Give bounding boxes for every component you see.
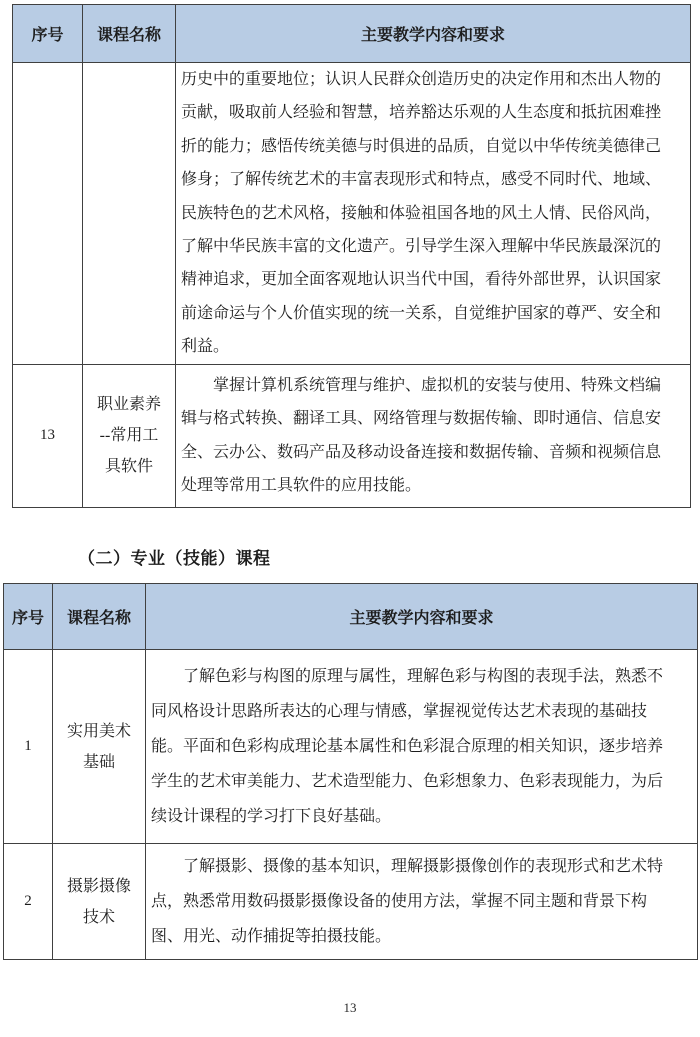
course-name-cell: 实用美术 基础: [53, 650, 146, 844]
row-no-cell: [13, 63, 83, 365]
table2-header-no: 序号: [4, 584, 53, 650]
course-name-cell: 职业素养 --常用工 具软件: [83, 364, 176, 507]
course-content-cell: 历史中的重要地位；认识人民群众创造历史的决定作用和杰出人物的 贡献，吸取前人经验…: [176, 63, 691, 365]
table2-header-content: 主要教学内容和要求: [146, 584, 698, 650]
row-no-cell: 13: [13, 364, 83, 507]
table-row: 2 摄影摄像 技术 了解摄影、摄像的基本知识，理解摄影摄像创作的表现形式和艺术特…: [4, 844, 698, 960]
table1-header-content: 主要教学内容和要求: [176, 5, 691, 63]
table-row: 13 职业素养 --常用工 具软件 掌握计算机系统管理与维护、虚拟机的安装与使用…: [13, 364, 691, 507]
course-content-cell: 了解摄影、摄像的基本知识，理解摄影摄像创作的表现形式和艺术特 点，熟悉常用数码摄…: [146, 844, 698, 960]
public-basic-courses-table: 序号 课程名称 主要教学内容和要求 历史中的重要地位；认识人民群众创造历史的决定…: [12, 4, 691, 508]
table-row: 历史中的重要地位；认识人民群众创造历史的决定作用和杰出人物的 贡献，吸取前人经验…: [13, 63, 691, 365]
page-number: 13: [0, 1000, 700, 1016]
course-content-cell: 掌握计算机系统管理与维护、虚拟机的安装与使用、特殊文档编 辑与格式转换、翻译工具…: [176, 364, 691, 507]
course-content-cell: 了解色彩与构图的原理与属性，理解色彩与构图的表现手法，熟悉不 同风格设计思路所表…: [146, 650, 698, 844]
section-heading: （二）专业（技能）课程: [78, 544, 271, 569]
row-no-cell: 2: [4, 844, 53, 960]
table1-header-no: 序号: [13, 5, 83, 63]
professional-skill-courses-table: 序号 课程名称 主要教学内容和要求 1 实用美术 基础 了解色彩与构图的原理与属…: [3, 583, 698, 960]
table2-header-row: 序号 课程名称 主要教学内容和要求: [4, 584, 698, 650]
row-no-cell: 1: [4, 650, 53, 844]
table1-header-course-name: 课程名称: [83, 5, 176, 63]
table-row: 1 实用美术 基础 了解色彩与构图的原理与属性，理解色彩与构图的表现手法，熟悉不…: [4, 650, 698, 844]
table2-header-course-name: 课程名称: [53, 584, 146, 650]
table1-header-row: 序号 课程名称 主要教学内容和要求: [13, 5, 691, 63]
document-page: 序号 课程名称 主要教学内容和要求 历史中的重要地位；认识人民群众创造历史的决定…: [0, 0, 700, 1037]
course-name-cell: [83, 63, 176, 365]
course-name-cell: 摄影摄像 技术: [53, 844, 146, 960]
